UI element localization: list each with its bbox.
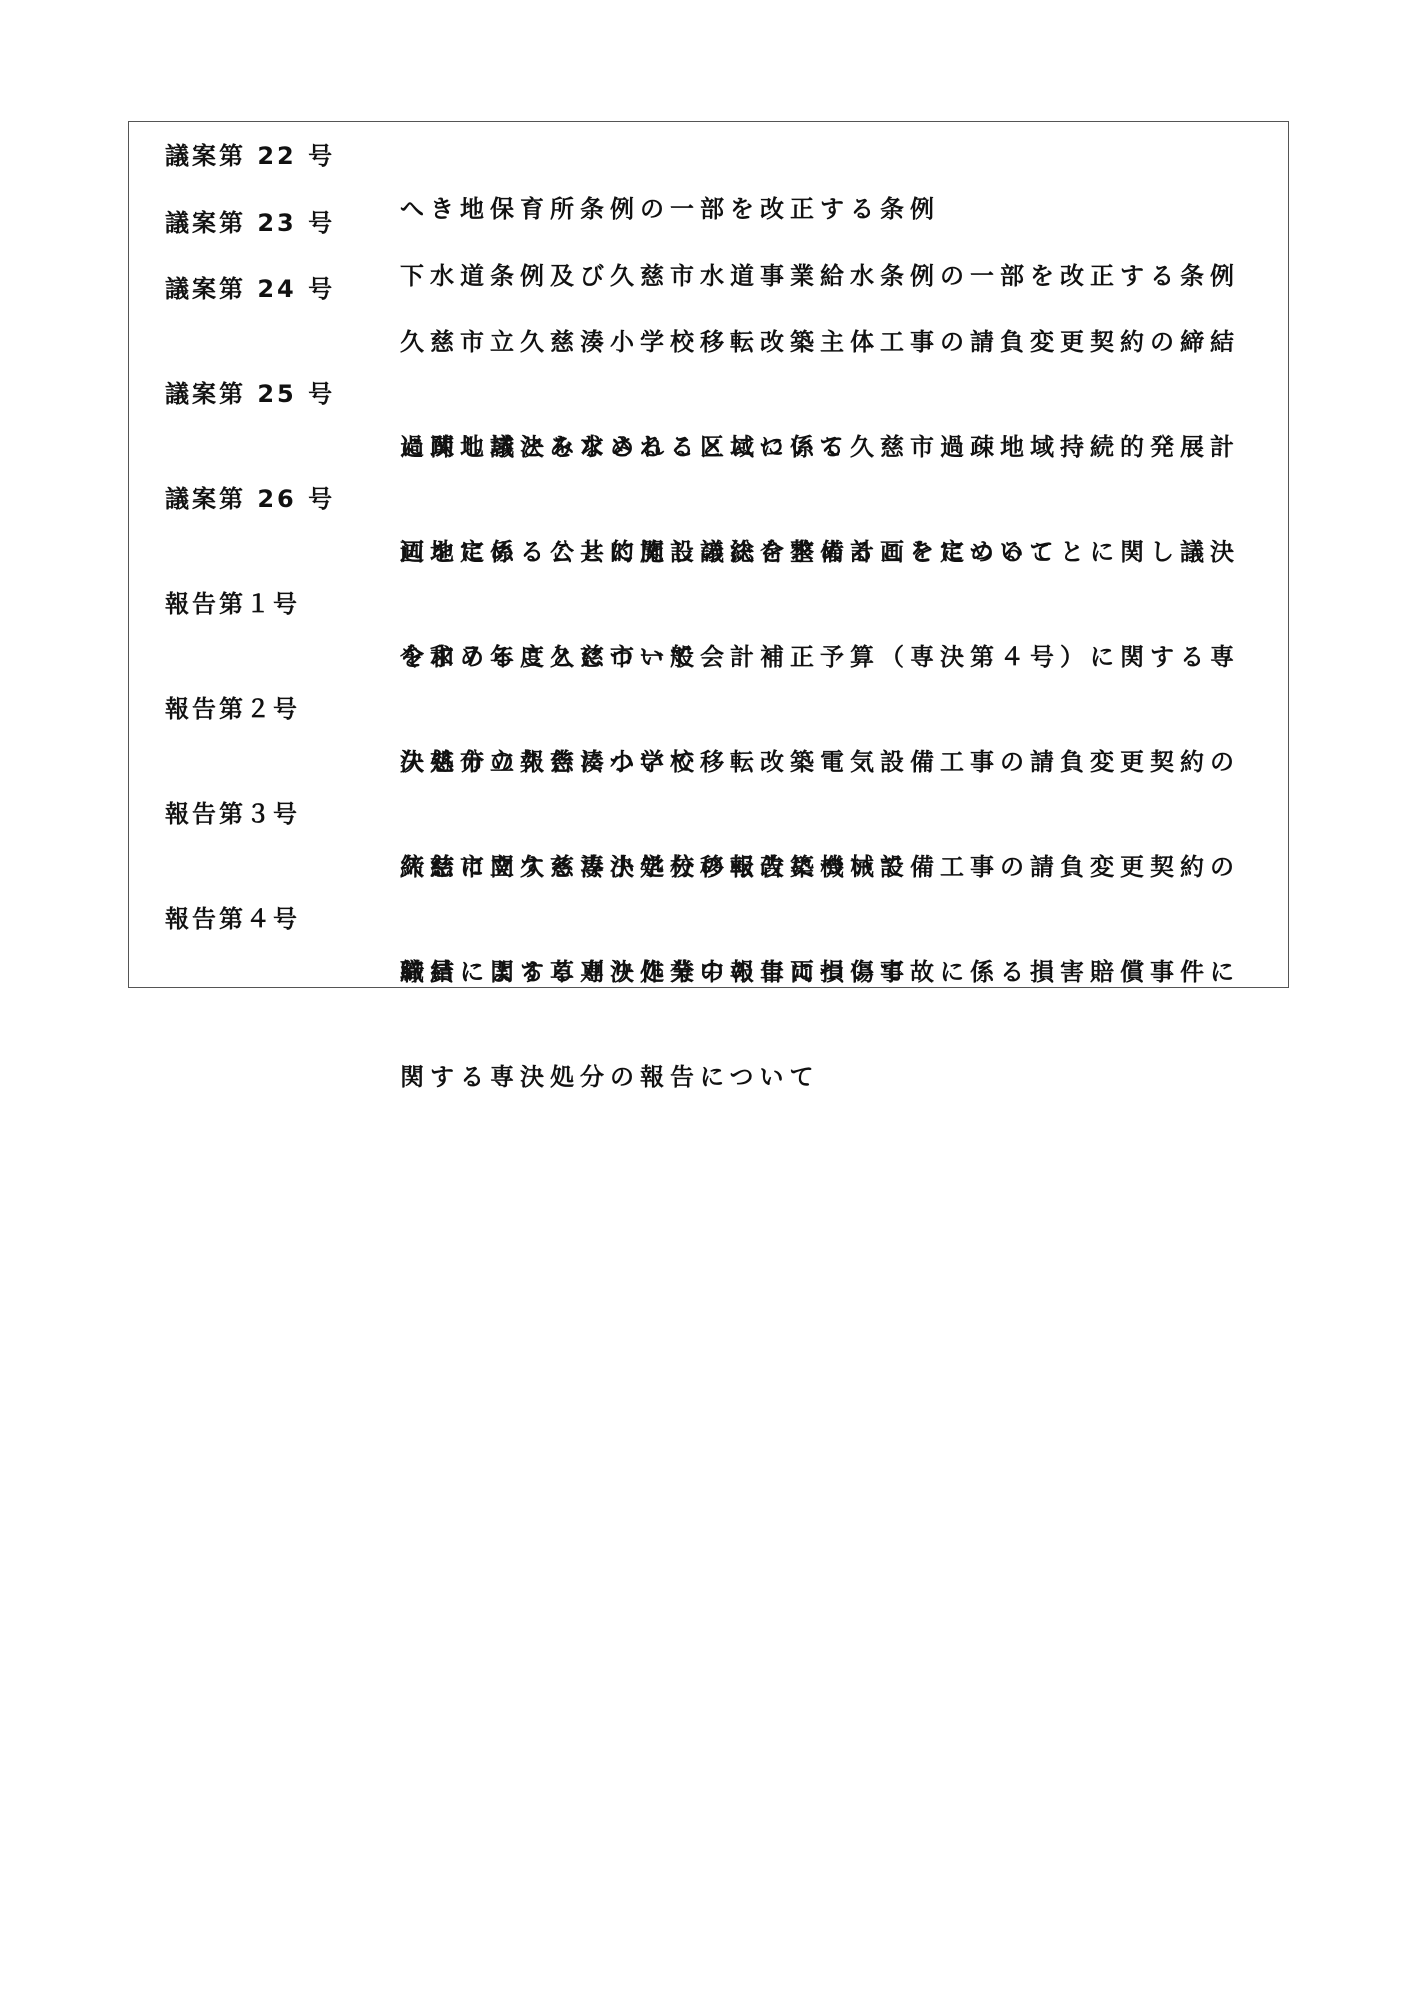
- item-title-line: 久慈市立久慈湊小学校移転改築主体工事の請負変更契約の締結: [400, 316, 1200, 369]
- item-number: 議案第 26 号: [165, 484, 335, 514]
- item-title-line: 職員による草刈り作業中の車両損傷事故に係る損害賠償事件に: [400, 946, 1200, 999]
- item-number: 議案第 24 号: [165, 274, 335, 304]
- item-number: 報告第２号: [165, 694, 300, 724]
- item-title: 職員による草刈り作業中の車両損傷事故に係る損害賠償事件に 関する専決処分の報告に…: [400, 893, 1200, 1156]
- item-number: 議案第 23 号: [165, 208, 335, 238]
- item-title-line: 久慈市立久慈湊小学校移転改築機械設備工事の請負変更契約の: [400, 841, 1200, 894]
- item-number: 報告第４号: [165, 904, 300, 934]
- item-number: 報告第３号: [165, 799, 300, 829]
- item-title-line: 久慈市立久慈湊小学校移転改築電気設備工事の請負変更契約の: [400, 736, 1200, 789]
- item-number: 議案第 22 号: [165, 141, 335, 171]
- item-title-line: 関する専決処分の報告について: [400, 1051, 1200, 1104]
- item-number: 議案第 25 号: [165, 379, 335, 409]
- item-title-line: 辺地に係る公共的施設の総合整備計画を定めることに関し議決: [400, 526, 1200, 579]
- document-page: 議案第 22 号 へき地保育所条例の一部を改正する条例 議案第 23 号 下水道…: [0, 0, 1414, 2000]
- agenda-list-box: 議案第 22 号 へき地保育所条例の一部を改正する条例 議案第 23 号 下水道…: [128, 121, 1289, 988]
- item-number: 報告第１号: [165, 589, 300, 619]
- item-title-line: 令和７年度久慈市一般会計補正予算（専決第４号）に関する専: [400, 631, 1200, 684]
- item-title-line: 過疎地域とみなされる区域に係る久慈市過疎地域持続的発展計: [400, 421, 1200, 474]
